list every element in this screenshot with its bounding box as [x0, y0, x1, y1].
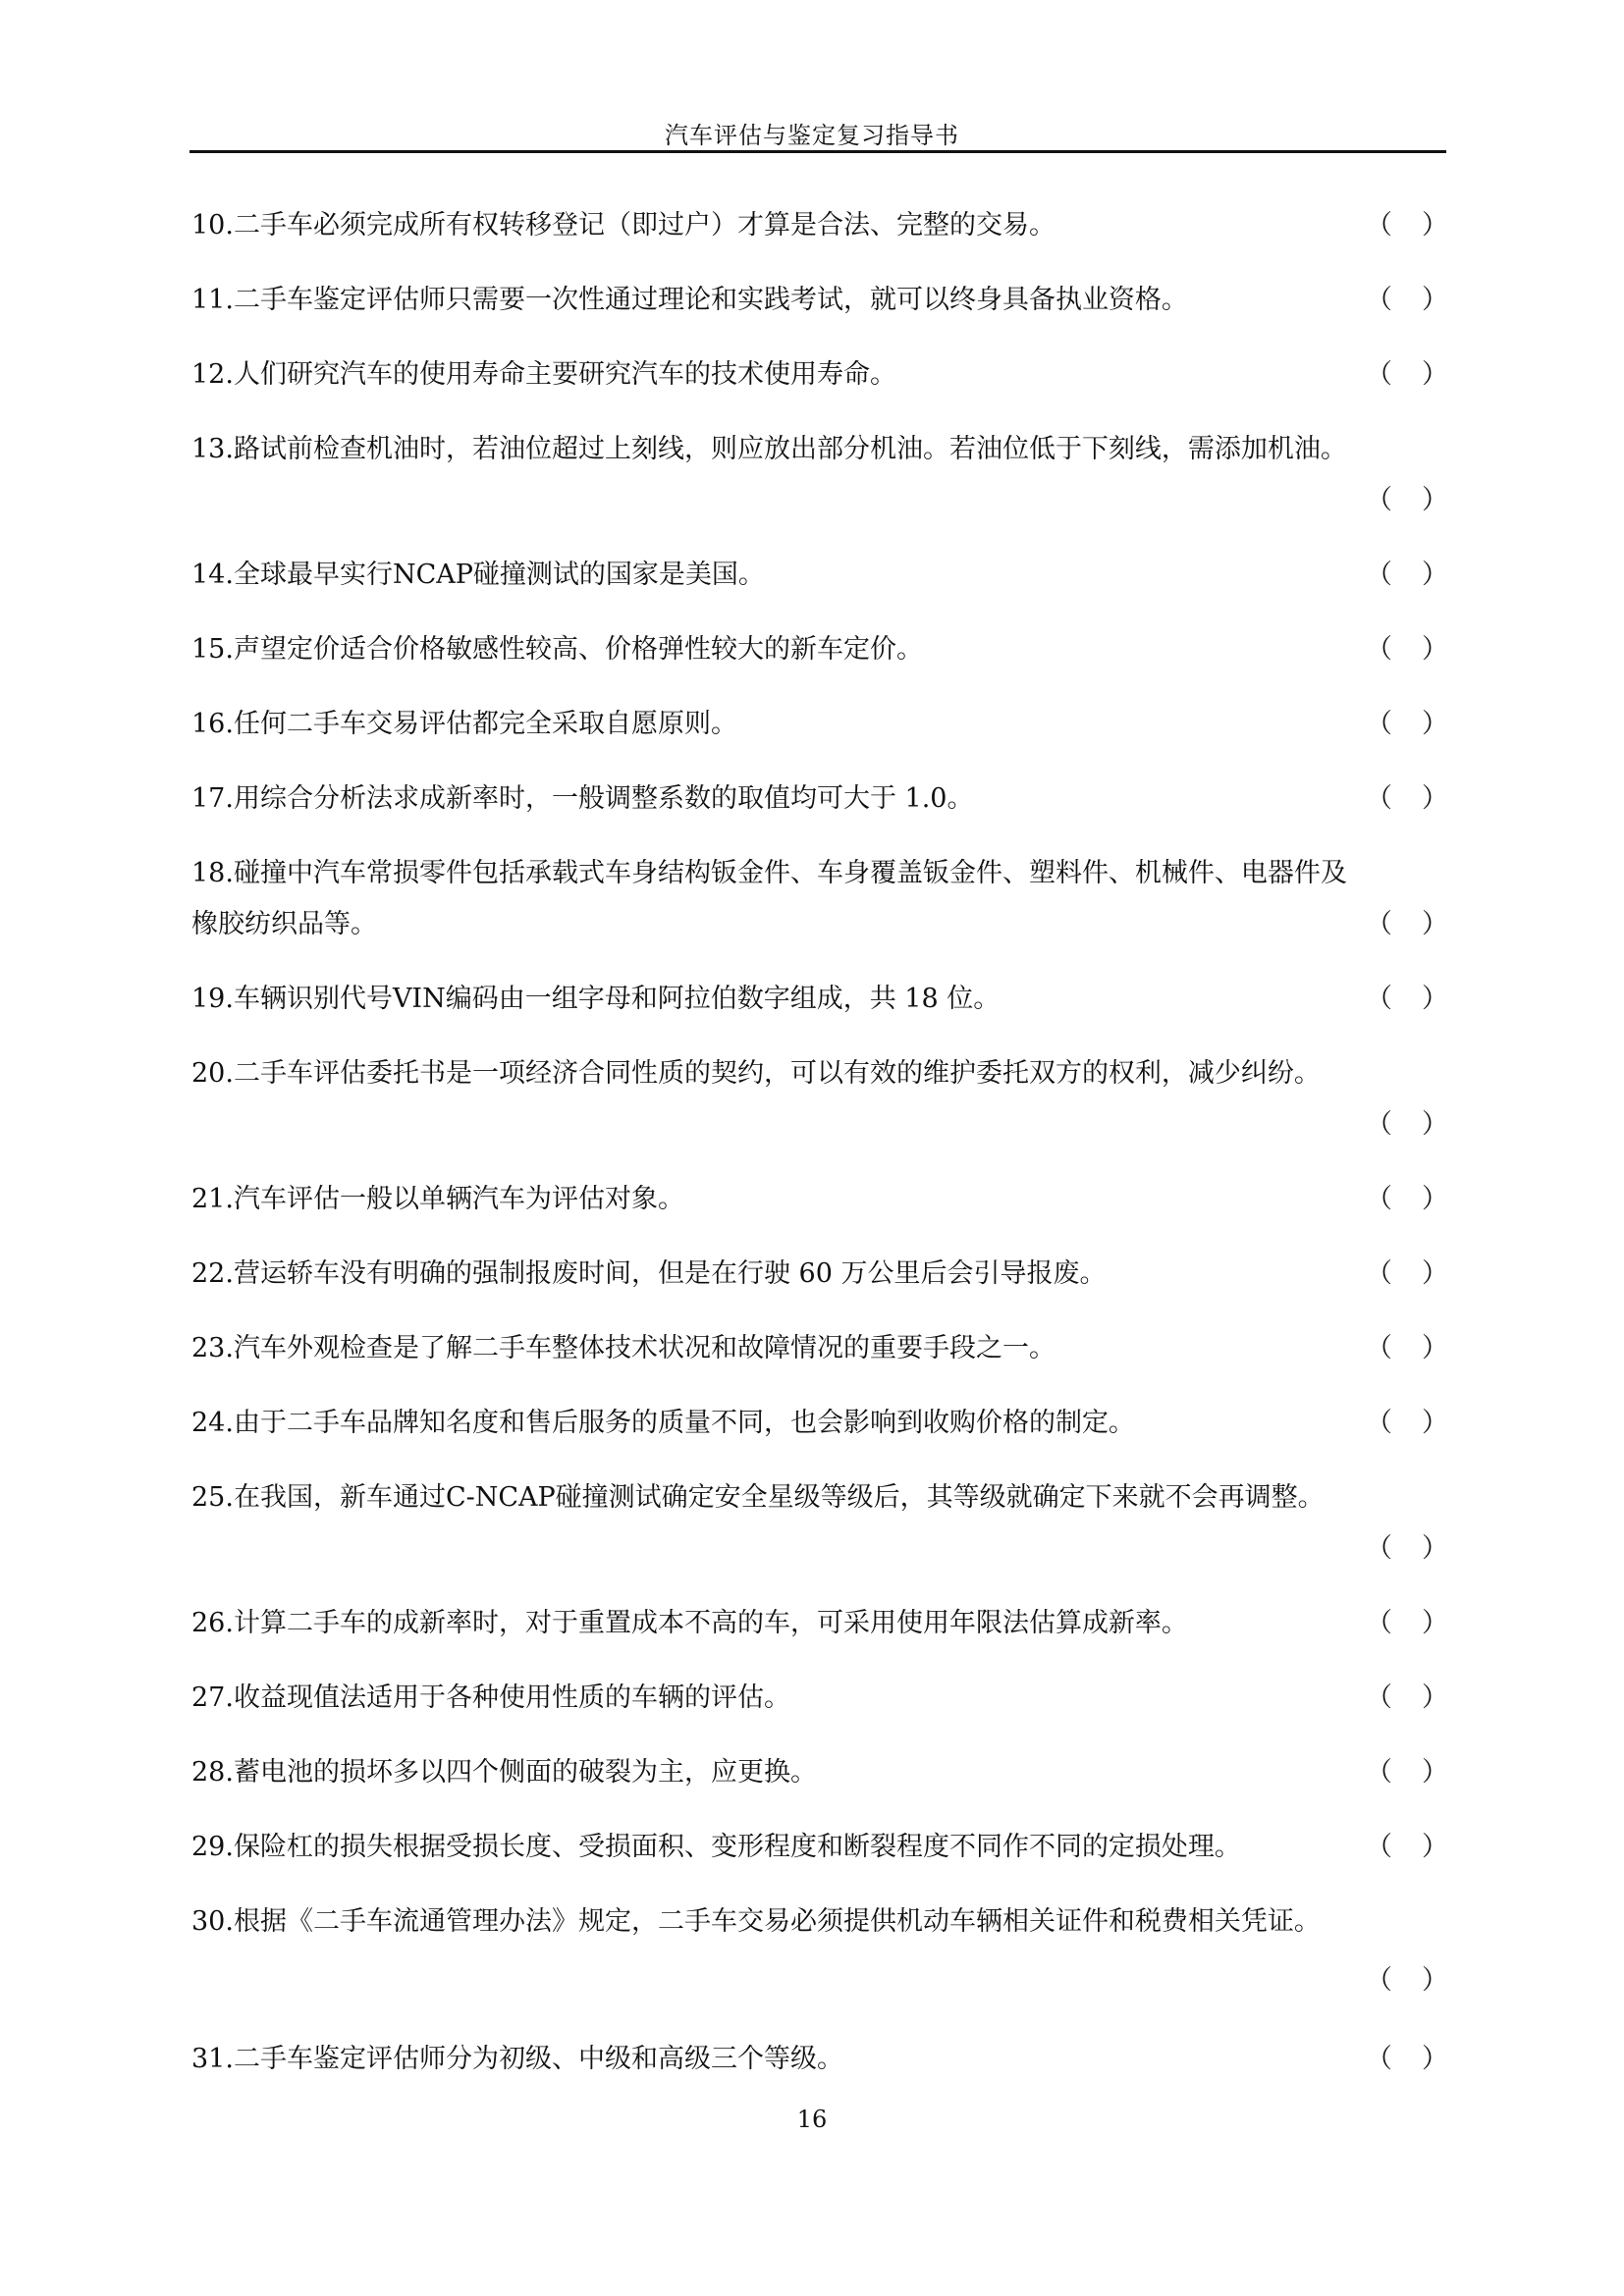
answer-blank[interactable]: （） [1366, 206, 1448, 245]
header-divider [189, 150, 1446, 153]
question-text: 26.计算二手车的成新率时，对于重置成本不高的车，可采用使用年限法估算成新率。 [191, 1604, 1188, 1643]
question-text: 14.全球最早实行NCAP碰撞测试的国家是美国。 [191, 556, 765, 595]
question-text: 31.二手车鉴定评估师分为初级、中级和高级三个等级。 [191, 2040, 843, 2079]
question-text: 12.人们研究汽车的使用寿命主要研究汽车的技术使用寿命。 [191, 355, 896, 395]
question-text: 18.碰撞中汽车常损零件包括承载式车身结构钣金件、车身覆盖钣金件、塑料件、机械件… [191, 854, 1347, 893]
question-text: 25.在我国，新车通过C-NCAP碰撞测试确定安全星级等级后，其等级就确定下来就… [191, 1478, 1325, 1518]
question-text: 11.二手车鉴定评估师只需要一次性通过理论和实践考试，就可以终身具备执业资格。 [191, 281, 1188, 320]
question-17: 17.用综合分析法求成新率时，一般调整系数的取值均可大于 1.0。 （） [191, 779, 1448, 819]
answer-blank[interactable]: （） [1366, 1604, 1448, 1643]
page-number: 16 [0, 2106, 1624, 2133]
answer-blank[interactable]: （） [1366, 355, 1448, 395]
answer-blank[interactable]: （） [1366, 1961, 1448, 2001]
question-text: 17.用综合分析法求成新率时，一般调整系数的取值均可大于 1.0。 [191, 779, 973, 819]
question-26: 26.计算二手车的成新率时，对于重置成本不高的车，可采用使用年限法估算成新率。 … [191, 1604, 1448, 1643]
question-21: 21.汽车评估一般以单辆汽车为评估对象。 （） [191, 1180, 1448, 1219]
question-text: 27.收益现值法适用于各种使用性质的车辆的评估。 [191, 1679, 790, 1718]
question-text: 28.蓄电池的损坏多以四个侧面的破裂为主，应更换。 [191, 1753, 817, 1792]
question-31: 31.二手车鉴定评估师分为初级、中级和高级三个等级。 （） [191, 2040, 1448, 2079]
question-28: 28.蓄电池的损坏多以四个侧面的破裂为主，应更换。 （） [191, 1753, 1448, 1792]
answer-blank[interactable]: （） [1366, 1329, 1448, 1368]
question-text-continued: 橡胶纺织品等。 [191, 905, 377, 944]
question-22: 22.营运轿车没有明确的强制报废时间，但是在行驶 60 万公里后会引导报废。 （… [191, 1255, 1448, 1294]
running-header-title: 汽车评估与鉴定复习指导书 [0, 116, 1624, 150]
question-29: 29.保险杠的损失根据受损长度、受损面积、变形程度和断裂程度不同作不同的定损处理… [191, 1828, 1448, 1867]
question-30: 30.根据《二手车流通管理办法》规定，二手车交易必须提供机动车辆相关证件和税费相… [191, 1902, 1448, 1942]
question-27: 27.收益现值法适用于各种使用性质的车辆的评估。 （） [191, 1679, 1448, 1718]
question-30-answer-row: （） [191, 1961, 1448, 2001]
question-25: 25.在我国，新车通过C-NCAP碰撞测试确定安全星级等级后，其等级就确定下来就… [191, 1478, 1448, 1518]
answer-blank[interactable]: （） [1366, 1529, 1448, 1569]
answer-blank[interactable]: （） [1366, 779, 1448, 819]
question-20-answer-row: （） [191, 1105, 1448, 1145]
question-text: 22.营运轿车没有明确的强制报废时间，但是在行驶 60 万公里后会引导报废。 [191, 1255, 1106, 1294]
question-text: 29.保险杠的损失根据受损长度、受损面积、变形程度和断裂程度不同作不同的定损处理… [191, 1828, 1241, 1867]
question-14: 14.全球最早实行NCAP碰撞测试的国家是美国。 （） [191, 556, 1448, 595]
answer-blank[interactable]: （） [1366, 1404, 1448, 1443]
question-10: 10.二手车必须完成所有权转移登记（即过户）才算是合法、完整的交易。 （） [191, 206, 1448, 245]
question-text: 16.任何二手车交易评估都完全采取自愿原则。 [191, 705, 737, 744]
question-11: 11.二手车鉴定评估师只需要一次性通过理论和实践考试，就可以终身具备执业资格。 … [191, 281, 1448, 320]
answer-blank[interactable]: （） [1366, 556, 1448, 595]
question-text: 20.二手车评估委托书是一项经济合同性质的契约，可以有效的维护委托双方的权利，减… [191, 1054, 1321, 1094]
question-15: 15.声望定价适合价格敏感性较高、价格弹性较大的新车定价。 （） [191, 630, 1448, 669]
answer-blank[interactable]: （） [1366, 1679, 1448, 1718]
question-13-answer-row: （） [191, 481, 1448, 520]
answer-blank[interactable]: （） [1366, 481, 1448, 520]
question-20: 20.二手车评估委托书是一项经济合同性质的契约，可以有效的维护委托双方的权利，减… [191, 1054, 1448, 1094]
question-25-answer-row: （） [191, 1529, 1448, 1569]
question-text: 19.车辆识别代号VIN编码由一组字母和阿拉伯数字组成，共 18 位。 [191, 980, 1000, 1019]
answer-blank[interactable]: （） [1366, 1255, 1448, 1294]
question-text: 21.汽车评估一般以单辆汽车为评估对象。 [191, 1180, 684, 1219]
question-18-continued: 橡胶纺织品等。 （） [191, 905, 1448, 944]
answer-blank[interactable]: （） [1366, 705, 1448, 744]
answer-blank[interactable]: （） [1366, 2040, 1448, 2079]
question-text: 13.路试前检查机油时，若油位超过上刻线，则应放出部分机油。若油位低于下刻线，需… [191, 430, 1347, 469]
question-text: 24.由于二手车品牌知名度和售后服务的质量不同，也会影响到收购价格的制定。 [191, 1404, 1135, 1443]
answer-blank[interactable]: （） [1366, 1105, 1448, 1145]
question-19: 19.车辆识别代号VIN编码由一组字母和阿拉伯数字组成，共 18 位。 （） [191, 980, 1448, 1019]
question-text: 15.声望定价适合价格敏感性较高、价格弹性较大的新车定价。 [191, 630, 923, 669]
answer-blank[interactable]: （） [1366, 630, 1448, 669]
question-text: 30.根据《二手车流通管理办法》规定，二手车交易必须提供机动车辆相关证件和税费相… [191, 1902, 1321, 1942]
question-23: 23.汽车外观检查是了解二手车整体技术状况和故障情况的重要手段之一。 （） [191, 1329, 1448, 1368]
question-16: 16.任何二手车交易评估都完全采取自愿原则。 （） [191, 705, 1448, 744]
question-24: 24.由于二手车品牌知名度和售后服务的质量不同，也会影响到收购价格的制定。 （） [191, 1404, 1448, 1443]
answer-blank[interactable]: （） [1366, 905, 1448, 944]
question-12: 12.人们研究汽车的使用寿命主要研究汽车的技术使用寿命。 （） [191, 355, 1448, 395]
answer-blank[interactable]: （） [1366, 980, 1448, 1019]
answer-blank[interactable]: （） [1366, 281, 1448, 320]
question-18: 18.碰撞中汽车常损零件包括承载式车身结构钣金件、车身覆盖钣金件、塑料件、机械件… [191, 854, 1448, 893]
question-text: 23.汽车外观检查是了解二手车整体技术状况和故障情况的重要手段之一。 [191, 1329, 1056, 1368]
answer-blank[interactable]: （） [1366, 1828, 1448, 1867]
question-13: 13.路试前检查机油时，若油位超过上刻线，则应放出部分机油。若油位低于下刻线，需… [191, 430, 1448, 469]
answer-blank[interactable]: （） [1366, 1753, 1448, 1792]
question-text: 10.二手车必须完成所有权转移登记（即过户）才算是合法、完整的交易。 [191, 206, 1056, 245]
answer-blank[interactable]: （） [1366, 1180, 1448, 1219]
